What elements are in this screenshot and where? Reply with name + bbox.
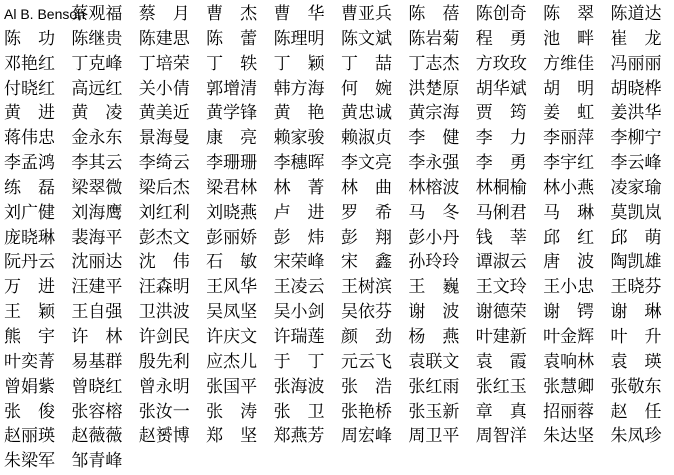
contributor-name: 姜洪华 (611, 101, 674, 126)
contributor-name: 赵丽瑛 (4, 424, 71, 449)
contributor-name: 林 菁 (274, 176, 341, 201)
contributor-name: 彭小丹 (408, 226, 475, 251)
contributor-name: 丁志杰 (408, 52, 475, 77)
contributor-name: 颜 劲 (341, 325, 408, 350)
contributor-name: 陈岩菊 (408, 27, 475, 52)
contributor-name: 刘红利 (139, 201, 206, 226)
contributor-name: 周宏峰 (341, 424, 408, 449)
contributor-name: 李穗晖 (274, 151, 341, 176)
contributor-name: 梁后杰 (139, 176, 206, 201)
contributor-name: 赖淑贞 (341, 126, 408, 151)
contributor-name: 沈 伟 (139, 250, 206, 275)
contributor-name: 张容榕 (71, 400, 138, 425)
contributor-name: 陶凯雄 (611, 250, 674, 275)
contributor-name: 冯丽丽 (611, 52, 674, 77)
contributor-name: 关小倩 (139, 77, 206, 102)
contributor-name: 张 涛 (206, 400, 273, 425)
contributor-name: 朱凤珍 (611, 424, 674, 449)
contributor-name: 付晓红 (4, 77, 71, 102)
contributor-name: 王风华 (206, 275, 273, 300)
contributor-name: 彭 炜 (274, 226, 341, 251)
contributor-name: 马 琳 (543, 201, 610, 226)
contributor-name: 马俐君 (476, 201, 543, 226)
contributor-name: 姜 虹 (543, 101, 610, 126)
contributor-name: 卫洪波 (139, 300, 206, 325)
contributor-name: 吴依芬 (341, 300, 408, 325)
document-page: Al B. Benson蔡观福蔡 月曹 杰曹 华曹亚兵陈 蓓陈创奇陈 翠陈道达陈… (0, 0, 674, 475)
contributor-name: 张汝一 (139, 400, 206, 425)
contributor-name: 刘晓燕 (206, 201, 273, 226)
contributor-name: 张红玉 (476, 375, 543, 400)
contributor-name: 李云峰 (611, 151, 674, 176)
contributor-name: 高远红 (71, 77, 138, 102)
contributor-name: 罗 希 (341, 201, 408, 226)
contributor-name: 马 冬 (408, 201, 475, 226)
contributor-name: 林榕波 (408, 176, 475, 201)
contributor-name: 李文亮 (341, 151, 408, 176)
contributor-name: 万 进 (4, 275, 71, 300)
contributor-name: 阮丹云 (4, 250, 71, 275)
contributor-name: 陈道达 (611, 2, 674, 27)
contributor-name: 周智洋 (476, 424, 543, 449)
contributor-name: 谢德荣 (476, 300, 543, 325)
contributor-name: 章 真 (476, 400, 543, 425)
contributor-name: 李珊珊 (206, 151, 273, 176)
contributor-name: 曹 杰 (206, 2, 273, 27)
contributor-name: 梁君林 (206, 176, 273, 201)
contributor-name: 陈 蓓 (408, 2, 475, 27)
contributor-name: 吴小剑 (274, 300, 341, 325)
contributor-name: 蒋伟忠 (4, 126, 71, 151)
contributor-name: 应杰儿 (206, 350, 273, 375)
contributor-name: 谭淑云 (476, 250, 543, 275)
contributor-name: 李 勇 (476, 151, 543, 176)
contributor-name: 于 丁 (274, 350, 341, 375)
contributor-name: 郑燕芳 (274, 424, 341, 449)
contributor-name: 黄忠诚 (341, 101, 408, 126)
contributor-name: 崔 龙 (611, 27, 674, 52)
contributor-name: 黄学锋 (206, 101, 273, 126)
contributor-name: 程 勇 (476, 27, 543, 52)
contributor-name: 裴海平 (71, 226, 138, 251)
contributor-name: 陈 蕾 (206, 27, 273, 52)
contributor-name: 元云飞 (341, 350, 408, 375)
contributor-name: 庞晓琳 (4, 226, 71, 251)
contributor-name: 王晓芬 (611, 275, 674, 300)
contributor-name: 周卫平 (408, 424, 475, 449)
contributor-name: 朱达坚 (543, 424, 610, 449)
contributor-name: 杨 燕 (408, 325, 475, 350)
contributor-name: 梁翠微 (71, 176, 138, 201)
contributor-name: 景海曼 (139, 126, 206, 151)
contributor-name: 钱 莘 (476, 226, 543, 251)
contributor-name: 李 力 (476, 126, 543, 151)
contributor-name: 赵赟博 (139, 424, 206, 449)
contributor-name: 张国平 (206, 375, 273, 400)
contributor-name: 吴凤坚 (206, 300, 273, 325)
contributor-name: 林 曲 (341, 176, 408, 201)
contributor-name: 叶 升 (611, 325, 674, 350)
contributor-name: 招丽蓉 (543, 400, 610, 425)
contributor-name: 张玉新 (408, 400, 475, 425)
contributor-name: 张海波 (274, 375, 341, 400)
contributor-name: 汪森明 (139, 275, 206, 300)
contributor-name: 彭 翔 (341, 226, 408, 251)
contributor-name: 黄 凌 (71, 101, 138, 126)
contributor-name: 刘广健 (4, 201, 71, 226)
contributor-name: 张敬东 (611, 375, 674, 400)
contributor-name: 蔡观福 (71, 2, 138, 27)
contributor-name: 康 亮 (206, 126, 273, 151)
contributor-name: 许瑞莲 (274, 325, 341, 350)
contributor-name: 张 俊 (4, 400, 71, 425)
contributor-name: 李柳宁 (611, 126, 674, 151)
contributor-name: 练 磊 (4, 176, 71, 201)
contributor-name: 何 婉 (341, 77, 408, 102)
contributor-name: 陈理明 (274, 27, 341, 52)
contributor-name: 陈创奇 (476, 2, 543, 27)
contributor-name: 王树滨 (341, 275, 408, 300)
contributor-name: 陈继贵 (71, 27, 138, 52)
contributor-name: 邱 萌 (611, 226, 674, 251)
contributor-name: 曾永明 (139, 375, 206, 400)
contributor-name: 李绮云 (139, 151, 206, 176)
contributor-name: 金永东 (71, 126, 138, 151)
contributor-name: 叶金辉 (543, 325, 610, 350)
contributor-name: 王凌云 (274, 275, 341, 300)
contributor-name: 赵 任 (611, 400, 674, 425)
contributor-name: 唐 波 (543, 250, 610, 275)
contributor-name: 凌家瑜 (611, 176, 674, 201)
contributor-name: 沈丽达 (71, 250, 138, 275)
contributor-name: 许庆文 (206, 325, 273, 350)
contributor-name: 张红雨 (408, 375, 475, 400)
contributor-name: 李宇红 (543, 151, 610, 176)
contributor-name: 陈 功 (4, 27, 71, 52)
contributor-name: 胡华斌 (476, 77, 543, 102)
contributor-name: 汪建平 (71, 275, 138, 300)
contributor-name: 黄美近 (139, 101, 206, 126)
contributor-name: 袁响林 (543, 350, 610, 375)
contributor-name: 袁 霞 (476, 350, 543, 375)
contributor-name: 李孟鸿 (4, 151, 71, 176)
contributor-name: 谢 锷 (543, 300, 610, 325)
contributor-name: 张艳桥 (341, 400, 408, 425)
contributor-name: 王 颖 (4, 300, 71, 325)
contributor-name: 丁培荣 (139, 52, 206, 77)
contributor-name: Al B. Benson (4, 2, 71, 27)
contributor-name: 方维佳 (543, 52, 610, 77)
contributor-name: 蔡 月 (139, 2, 206, 27)
contributor-name: 丁 喆 (341, 52, 408, 77)
contributor-name: 郭增清 (206, 77, 273, 102)
contributor-name: 曹 华 (274, 2, 341, 27)
contributor-name: 孙玲玲 (408, 250, 475, 275)
contributor-name: 丁 颖 (274, 52, 341, 77)
contributor-name: 贾 筠 (476, 101, 543, 126)
contributor-name: 方玫玫 (476, 52, 543, 77)
contributor-name: 殷先利 (139, 350, 206, 375)
contributor-name: 袁 瑛 (611, 350, 674, 375)
contributor-name: 胡 明 (543, 77, 610, 102)
contributor-name: 宋荣峰 (274, 250, 341, 275)
contributor-name: 彭杰文 (139, 226, 206, 251)
contributor-name: 林桐榆 (476, 176, 543, 201)
contributor-name: 张 浩 (341, 375, 408, 400)
contributor-name: 莫凯岚 (611, 201, 674, 226)
contributor-name: 黄 艳 (274, 101, 341, 126)
contributor-name: 许剑民 (139, 325, 206, 350)
contributor-name: 李永强 (408, 151, 475, 176)
contributor-name: 张慧卿 (543, 375, 610, 400)
contributor-name: 邓艳红 (4, 52, 71, 77)
contributor-name: 曾晓红 (71, 375, 138, 400)
contributor-name: 刘海鹰 (71, 201, 138, 226)
contributor-name: 李 健 (408, 126, 475, 151)
contributor-name: 王小忠 (543, 275, 610, 300)
contributor-name: 郑 坚 (206, 424, 273, 449)
contributor-name: 谢 琳 (611, 300, 674, 325)
contributor-name: 李其云 (71, 151, 138, 176)
contributor-name: 陈文斌 (341, 27, 408, 52)
contributor-name: 曹亚兵 (341, 2, 408, 27)
contributor-name: 丁克峰 (71, 52, 138, 77)
contributor-name: 赵薇薇 (71, 424, 138, 449)
contributor-name: 王文玲 (476, 275, 543, 300)
contributor-name: 陈 翠 (543, 2, 610, 27)
contributor-name: 胡晓桦 (611, 77, 674, 102)
contributor-name: 陈建思 (139, 27, 206, 52)
contributor-name: 丁 轶 (206, 52, 273, 77)
contributor-name: 易基群 (71, 350, 138, 375)
contributor-name: 熊 宇 (4, 325, 71, 350)
contributor-name: 邱 红 (543, 226, 610, 251)
contributor-name: 宋 鑫 (341, 250, 408, 275)
contributor-name: 黄宗海 (408, 101, 475, 126)
contributor-name: 韩方海 (274, 77, 341, 102)
contributor-name: 叶建新 (476, 325, 543, 350)
contributor-name: 王 巍 (408, 275, 475, 300)
contributor-name: 叶奕菁 (4, 350, 71, 375)
contributor-name: 谢 波 (408, 300, 475, 325)
contributor-name: 卢 进 (274, 201, 341, 226)
contributor-name: 池 畔 (543, 27, 610, 52)
contributor-name: 邹青峰 (71, 449, 138, 474)
contributor-name: 朱梁军 (4, 449, 71, 474)
contributor-name: 彭丽娇 (206, 226, 273, 251)
contributor-name: 洪楚原 (408, 77, 475, 102)
contributor-name-list: Al B. Benson蔡观福蔡 月曹 杰曹 华曹亚兵陈 蓓陈创奇陈 翠陈道达陈… (4, 2, 674, 474)
contributor-name: 袁联文 (408, 350, 475, 375)
contributor-name: 林小燕 (543, 176, 610, 201)
contributor-name: 赖家骏 (274, 126, 341, 151)
contributor-name: 王自强 (71, 300, 138, 325)
contributor-name: 石 敏 (206, 250, 273, 275)
contributor-name: 许 林 (71, 325, 138, 350)
contributor-name: 李丽萍 (543, 126, 610, 151)
contributor-name: 张 卫 (274, 400, 341, 425)
contributor-name: 曾娟紫 (4, 375, 71, 400)
contributor-name: 黄 进 (4, 101, 71, 126)
